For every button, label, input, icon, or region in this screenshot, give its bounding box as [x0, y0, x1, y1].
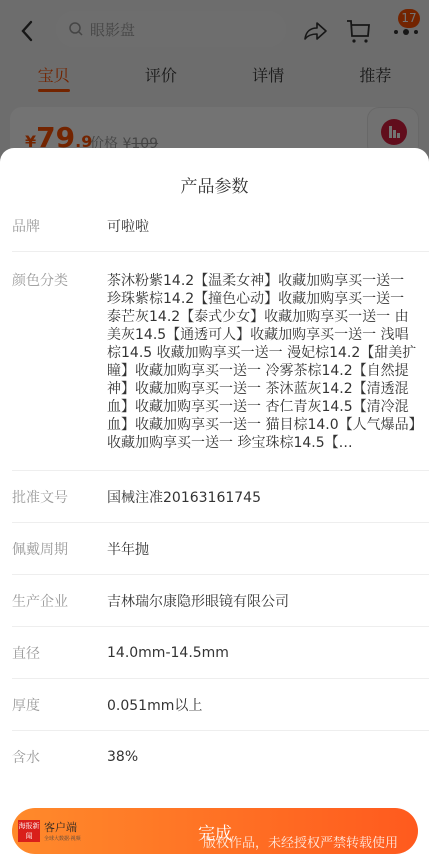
product-params-sheet: 产品参数 品牌 可啦啦 颜色分类 茶沐粉紫14.2【温柔女神】收藏加购享买一送一… [0, 148, 429, 860]
param-value: 茶沐粉紫14.2【温柔女神】收藏加购享买一送一 珍珠紫棕14.2【撞色心动】收藏… [107, 272, 429, 452]
param-value: 国械注准20163161745 [107, 487, 429, 507]
copyright-watermark: 版权作品，未经授权严禁转载使用 [203, 832, 398, 851]
param-value: 可啦啦 [107, 216, 429, 236]
param-key: 批准文号 [12, 487, 107, 507]
param-value: 0.051mm以上 [107, 695, 429, 715]
param-row-cycle: 佩戴周期 半年抛 [12, 523, 429, 575]
param-value: 14.0mm-14.5mm [107, 645, 429, 661]
param-key: 厚度 [12, 695, 107, 715]
param-value: 吉林瑞尔康隐形眼镜有限公司 [107, 591, 429, 611]
param-row-manufacturer: 生产企业 吉林瑞尔康隐形眼镜有限公司 [12, 575, 429, 627]
param-value: 38% [107, 749, 429, 765]
logo-subtitle: 全球大数据·视频 [44, 835, 81, 842]
param-row-approval: 批准文号 国械注准20163161745 [12, 471, 429, 523]
param-key: 生产企业 [12, 591, 107, 611]
logo-title: 客户端 [44, 819, 81, 835]
param-key: 品牌 [12, 216, 107, 236]
logo-box: 海报新闻 [18, 820, 40, 842]
sheet-title: 产品参数 [0, 148, 429, 200]
param-key: 颜色分类 [12, 272, 107, 452]
param-row-water: 含水 38% [12, 731, 429, 783]
param-key: 含水 [12, 747, 107, 767]
param-row-brand: 品牌 可啦啦 [12, 200, 429, 252]
product-page: 眼影盘 17 宝贝 评价 详情 推荐 ¥79.9 价格 ¥109 产品参数 品牌… [0, 0, 429, 860]
param-row-diameter: 直径 14.0mm-14.5mm [12, 627, 429, 679]
param-row-color: 颜色分类 茶沐粉紫14.2【温柔女神】收藏加购享买一送一 珍珠紫棕14.2【撞色… [12, 252, 429, 471]
param-value: 半年抛 [107, 539, 429, 559]
param-key: 直径 [12, 643, 107, 663]
param-key: 佩戴周期 [12, 539, 107, 559]
param-row-thickness: 厚度 0.051mm以上 [12, 679, 429, 731]
news-client-logo: 海报新闻 客户端 全球大数据·视频 [18, 819, 81, 842]
